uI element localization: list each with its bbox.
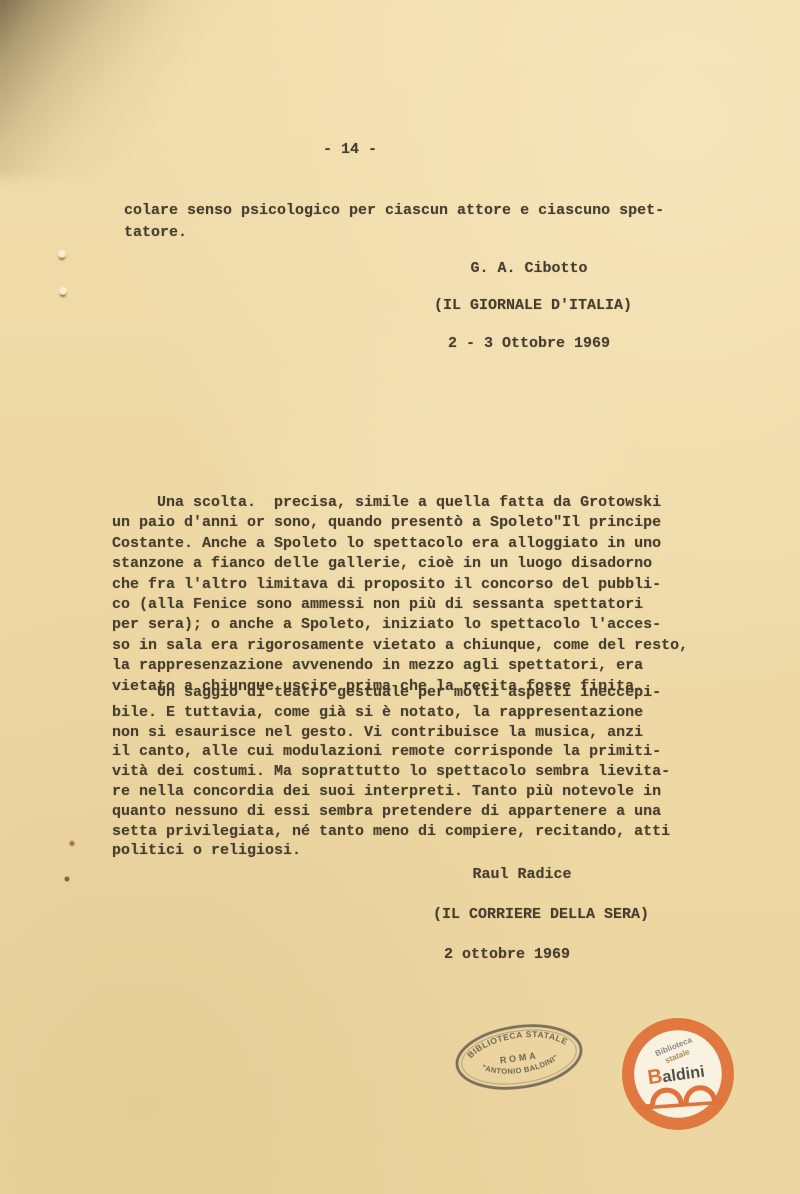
paragraph-line: setta privilegiata, né tanto meno di com…: [112, 823, 670, 843]
paper-speck: [64, 876, 70, 882]
library-oval-stamp: BIBLIOTECA STATALE ROMA "ANTONIO BALDINI…: [443, 1009, 594, 1104]
paragraph-line: quanto nessuno di essi sembra pretendere…: [112, 803, 670, 823]
signature-publication: (IL GIORNALE D'ITALIA): [434, 297, 632, 314]
paragraph: Un saggio di teatro gestuale per molti a…: [112, 684, 670, 862]
signature-date: 2 - 3 Ottobre 1969: [448, 335, 610, 352]
paper-speck: [58, 250, 66, 258]
paragraph-line: il canto, alle cui modulazioni remote co…: [112, 743, 670, 763]
publisher-logo: Biblioteca statale Baldini: [621, 1017, 735, 1131]
stamp-middle-text: ROMA: [499, 1050, 539, 1065]
paragraph-line: bile. E tuttavia, come già si è notato, …: [112, 704, 670, 724]
paragraph-line: Costante. Anche a Spoleto lo spettacolo …: [112, 535, 688, 555]
signature-publication: (IL CORRIERE DELLA SERA): [433, 906, 649, 923]
signature-name: G. A. Cibotto: [470, 260, 587, 277]
paragraph-line: per sera); o anche a Spoleto, iniziato l…: [112, 616, 688, 636]
paragraph-line: che fra l'altro limitava di proposito il…: [112, 576, 688, 596]
signature-date: 2 ottobre 1969: [444, 946, 570, 963]
page-number: - 14 -: [323, 141, 377, 158]
paragraph: Una scolta. precisa, simile a quella fat…: [112, 494, 688, 698]
paragraph-line: la rappresenzazione avvenendo in mezzo a…: [112, 657, 688, 677]
paragraph-line: re nella concordia dei suoi interpreti. …: [112, 783, 670, 803]
intro-line: colare senso psicologico per ciascun att…: [124, 202, 664, 219]
library-stamp-graphic: BIBLIOTECA STATALE ROMA "ANTONIO BALDINI…: [443, 1009, 594, 1104]
paragraph-line: co (alla Fenice sono ammessi non più di …: [112, 596, 688, 616]
paragraph-line: un paio d'anni or sono, quando presentò …: [112, 514, 688, 534]
paragraph-line: vità dei costumi. Ma soprattutto lo spet…: [112, 763, 670, 783]
paper-speck: [59, 287, 67, 295]
paragraph-line: politici o religiosi.: [112, 842, 670, 862]
paper-speck: [69, 840, 75, 847]
paragraph-line: non si esaurisce nel gesto. Vi contribui…: [112, 724, 670, 744]
paragraph-line: Un saggio di teatro gestuale per molti a…: [112, 684, 670, 704]
publisher-logo-graphic: Biblioteca statale Baldini: [621, 1017, 735, 1131]
paragraph-line: so in sala era rigorosamente vietato a c…: [112, 637, 688, 657]
paragraph-line: Una scolta. precisa, simile a quella fat…: [112, 494, 688, 514]
paragraph-line: stanzone a fianco delle gallerie, cioè i…: [112, 555, 688, 575]
intro-line: tatore.: [124, 224, 187, 241]
signature-name: Raul Radice: [472, 866, 571, 883]
scanned-document-page: - 14 - colare senso psicologico per cias…: [0, 0, 800, 1194]
